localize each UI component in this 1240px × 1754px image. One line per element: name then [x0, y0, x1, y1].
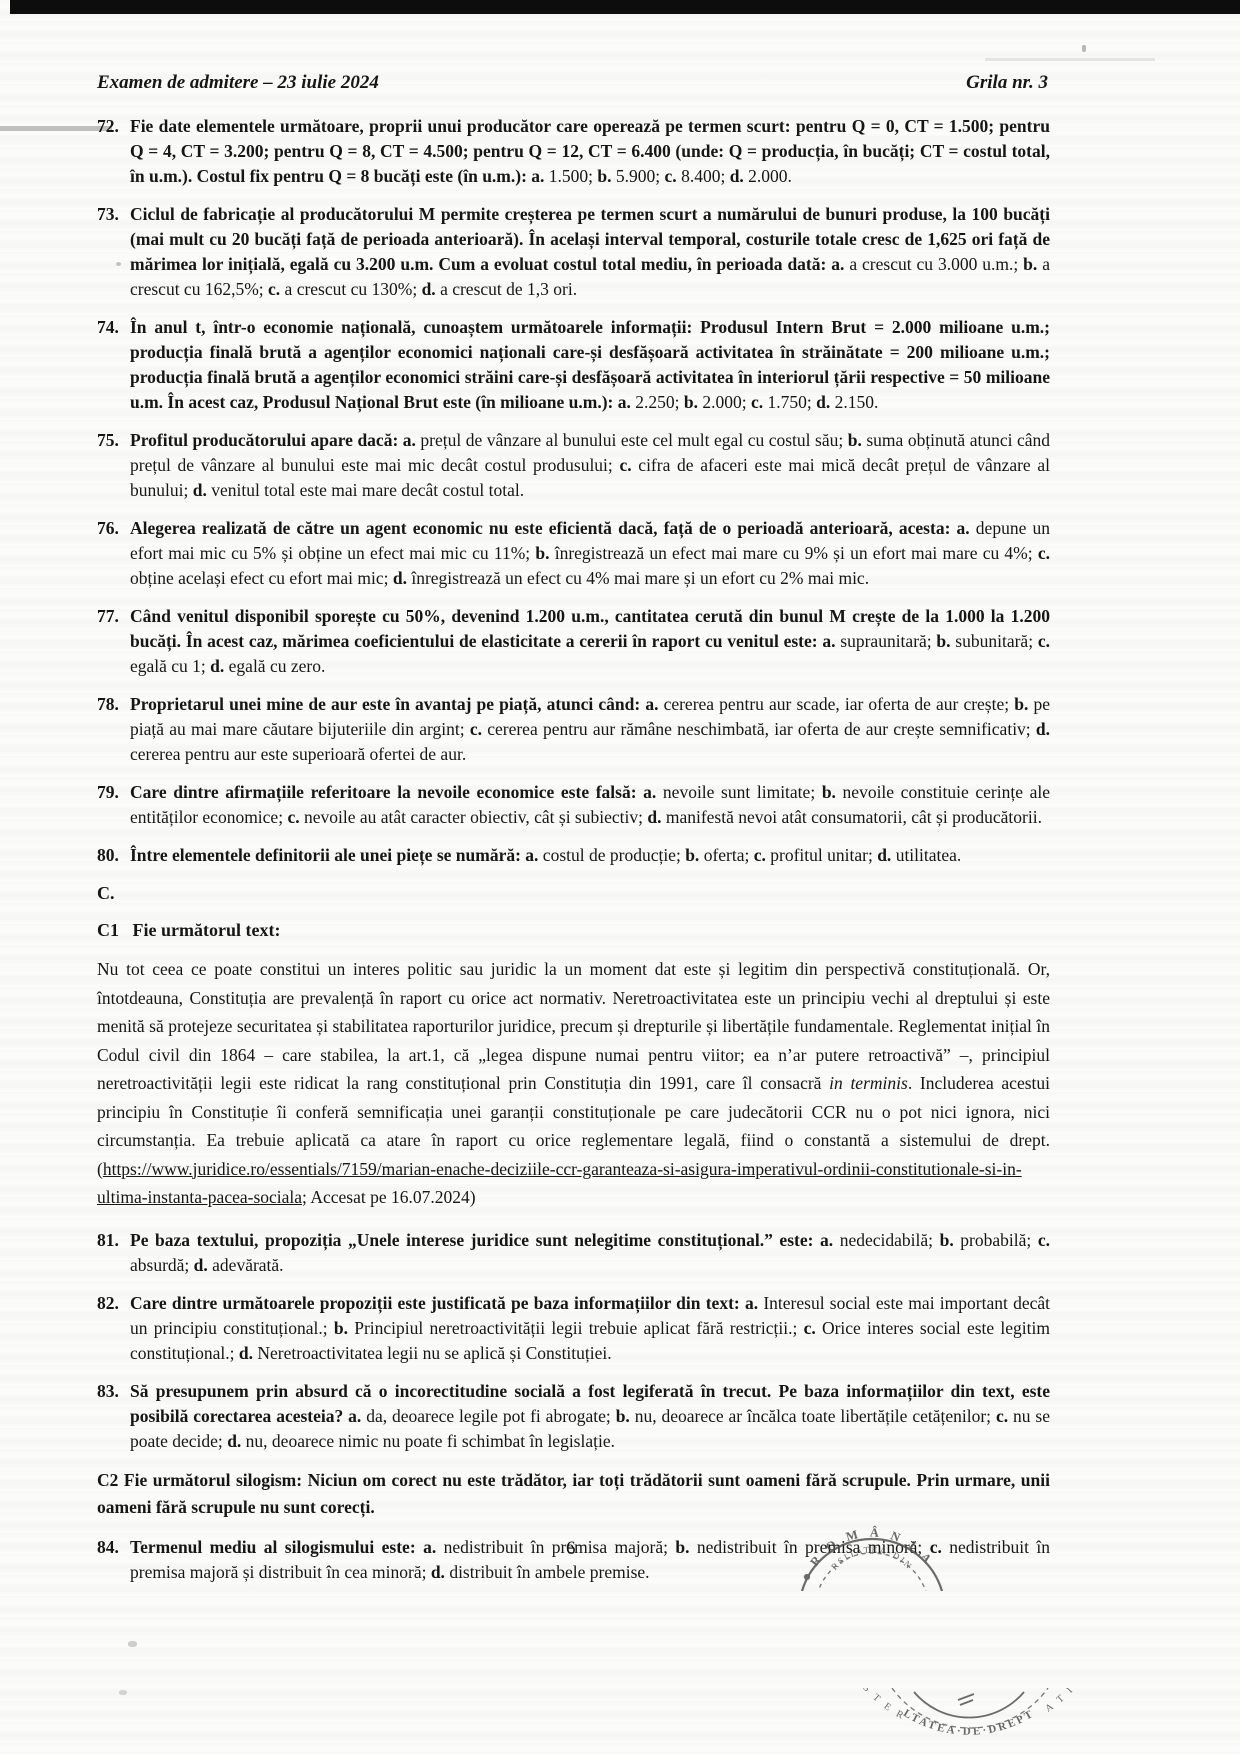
- text-segment: c.: [751, 392, 763, 412]
- text-segment: a.: [423, 1537, 436, 1557]
- text-segment: nevoile sunt limitate;: [656, 782, 822, 802]
- text-segment: Principiul neretroactivității legii treb…: [348, 1318, 804, 1338]
- text-segment: ; Accesat pe 16.07.2024): [302, 1187, 476, 1207]
- text-segment: Care dintre următoarele propoziții este …: [130, 1293, 745, 1313]
- question-text: Care dintre afirmațiile referitoare la n…: [130, 780, 1050, 830]
- url-text: https://www.juridice.ro/essentials/7159/…: [97, 1159, 1022, 1208]
- text-segment: probabilă;: [954, 1230, 1038, 1250]
- text-segment: venitul total este mai mare decât costul…: [207, 480, 524, 500]
- text-segment: 5.900;: [612, 166, 665, 186]
- text-segment: distribuit în ambele premise.: [445, 1562, 650, 1582]
- text-segment: b.: [616, 1406, 630, 1426]
- text-segment: a.: [822, 631, 835, 651]
- text-segment: 2.150.: [830, 392, 878, 412]
- stamp-fragment-left: S T E R: [860, 1688, 907, 1723]
- text-segment: 2.250;: [631, 392, 684, 412]
- scan-artifact-top-bar: [10, 0, 1240, 14]
- text-segment: b.: [334, 1318, 348, 1338]
- text-segment: d.: [227, 1431, 241, 1451]
- text-segment: prețul de vânzare al bunului este cel mu…: [416, 430, 848, 450]
- text-segment: d.: [431, 1562, 445, 1582]
- question-number: 82.: [97, 1291, 130, 1366]
- question-text: Profitul producătorului apare dacă: a. p…: [130, 428, 1050, 503]
- text-segment: b.: [940, 1230, 954, 1250]
- stamp-center-mark: [958, 1694, 974, 1705]
- text-segment: d.: [193, 480, 207, 500]
- text-segment: absurdă;: [130, 1255, 194, 1275]
- stamp-faculty-text: LTATEA·DE·DREPT: [901, 1707, 1037, 1738]
- question-text: Între elementele definitorii ale unei pi…: [130, 843, 1050, 868]
- stamp-institution-text: RSITATEA·DIN: [829, 1545, 915, 1572]
- text-segment: Termenul mediu al silogismului este:: [130, 1537, 423, 1557]
- grid-number: Grila nr. 3: [966, 72, 1048, 94]
- text-segment: manifestă nevoi atât consumatorii, cât ș…: [661, 807, 1042, 827]
- text-segment: c.: [665, 166, 677, 186]
- text-segment: Profitul producătorului apare dacă:: [130, 430, 403, 450]
- text-segment: a.: [745, 1293, 758, 1313]
- text-segment: a.: [831, 254, 844, 274]
- scan-artifact-streak: [985, 58, 1155, 61]
- question-item: 78.Proprietarul unei mine de aur este în…: [97, 692, 1050, 767]
- text-segment: obține același efect cu efort mai mic;: [130, 568, 393, 588]
- text-segment: 8.400;: [677, 166, 730, 186]
- text-segment: a.: [403, 430, 416, 450]
- text-segment: a.: [348, 1406, 361, 1426]
- question-item: 80.Între elementele definitorii ale unei…: [97, 843, 1050, 868]
- text-segment: egală cu 1;: [130, 656, 210, 676]
- document-header: Examen de admitere – 23 iulie 2024 Grila…: [97, 72, 1048, 94]
- text-segment: c.: [268, 279, 280, 299]
- svg-text:S T E R: S T E R: [860, 1688, 907, 1723]
- text-segment: a.: [820, 1230, 833, 1250]
- question-item: 74.În anul t, într-o economie națională,…: [97, 315, 1050, 415]
- question-text: În anul t, într-o economie națională, cu…: [130, 315, 1050, 415]
- question-text: Care dintre următoarele propoziții este …: [130, 1291, 1050, 1366]
- text-segment: b.: [936, 631, 950, 651]
- text-segment: nedecidabilă;: [833, 1230, 939, 1250]
- stamp-fragment-right: A T I E: [1043, 1688, 1086, 1715]
- text-segment: b.: [848, 430, 862, 450]
- question-item: 79.Care dintre afirmațiile referitoare l…: [97, 780, 1050, 830]
- text-segment: În anul t, într-o economie națională, cu…: [130, 317, 1050, 412]
- text-segment: nu, deoarece ar încălca toate libertățil…: [630, 1406, 996, 1426]
- stamp-dashed-ring: [817, 1553, 927, 1591]
- text-segment: b.: [597, 166, 611, 186]
- scan-artifact-speck: [1082, 45, 1086, 52]
- question-item: 76.Alegerea realizată de către un agent …: [97, 516, 1050, 591]
- text-segment: a crescut cu 3.000 u.m.;: [844, 254, 1023, 274]
- question-item: 77.Când venitul disponibil sporește cu 5…: [97, 604, 1050, 679]
- questions-container: 72.Fie date elementele următoare, propri…: [97, 114, 1050, 1598]
- text-segment: d.: [1036, 719, 1050, 739]
- question-number: 83.: [97, 1379, 130, 1454]
- text-segment: a.: [531, 166, 544, 186]
- text-segment: costul de producție;: [538, 845, 685, 865]
- text-segment: 2.000;: [698, 392, 751, 412]
- text-segment: b.: [822, 782, 836, 802]
- question-item: 81.Pe baza textului, propoziția „Unele i…: [97, 1228, 1050, 1278]
- scan-artifact-speck: [128, 1641, 137, 1647]
- text-segment: oferta;: [699, 845, 753, 865]
- question-number: 77.: [97, 604, 130, 679]
- text-segment: c.: [1038, 631, 1050, 651]
- text-segment: a crescut de 1,3 ori.: [436, 279, 577, 299]
- text-segment: a.: [525, 845, 538, 865]
- question-text: Când venitul disponibil sporește cu 50%,…: [130, 604, 1050, 679]
- faculty-round-stamp-bottom-arc: LTATEA·DE·DREPT S T E R A T I E: [852, 1688, 1086, 1754]
- text-segment: înregistrează un efect mai mare cu 9% și…: [550, 543, 1038, 563]
- text-segment: c.: [619, 455, 631, 475]
- text-segment: d.: [194, 1255, 208, 1275]
- text-segment: c.: [1038, 1230, 1050, 1250]
- text-block-heading: C1 Fie următorul text:: [97, 918, 1050, 943]
- text-segment: utilitatea.: [891, 845, 961, 865]
- text-segment: Pe baza textului, propoziția „Unele inte…: [130, 1230, 820, 1250]
- question-item: 83.Să presupunem prin absurd că o incore…: [97, 1379, 1050, 1454]
- svg-text:RSITATEA·DIN: RSITATEA·DIN: [829, 1545, 915, 1572]
- scan-artifact-streak: [0, 126, 112, 131]
- text-segment: b.: [1014, 694, 1028, 714]
- text-segment: cererea pentru aur scade, iar oferta de …: [658, 694, 1014, 714]
- question-item: 82.Care dintre următoarele propoziții es…: [97, 1291, 1050, 1366]
- text-segment: a.: [643, 782, 656, 802]
- question-text: Ciclul de fabricație al producătorului M…: [130, 202, 1050, 302]
- text-segment: b.: [685, 845, 699, 865]
- text-segment: nevoile au atât caracter obiectiv, cât ș…: [300, 807, 648, 827]
- text-segment: d.: [647, 807, 661, 827]
- question-text: Să presupunem prin absurd că o incorecti…: [130, 1379, 1050, 1454]
- text-segment: b.: [675, 1537, 689, 1557]
- question-number: 73.: [97, 202, 130, 302]
- text-block-heading: C.: [97, 881, 1050, 906]
- text-segment: nu, deoarece nimic nu poate fi schimbat …: [241, 1431, 615, 1451]
- text-segment: b.: [684, 392, 698, 412]
- svg-text:LTATEA·DE·DREPT: LTATEA·DE·DREPT: [901, 1707, 1037, 1738]
- university-round-stamp-top-arc: R O M Â N I A RSITATEA·DIN: [797, 1521, 947, 1591]
- text-segment: Neretroactivitatea legii nu se aplică și…: [253, 1343, 612, 1363]
- question-text: Alegerea realizată de către un agent eco…: [130, 516, 1050, 591]
- question-item: 75.Profitul producătorului apare dacă: a…: [97, 428, 1050, 503]
- svg-text:A T I E: A T I E: [1043, 1688, 1086, 1715]
- text-segment: c.: [287, 807, 299, 827]
- question-text: Fie date elementele următoare, proprii u…: [130, 114, 1050, 189]
- text-segment: b.: [535, 543, 549, 563]
- text-segment: d.: [816, 392, 830, 412]
- text-segment: d.: [730, 166, 744, 186]
- text-segment: nedistribuit în premisa majoră;: [436, 1537, 675, 1557]
- question-number: 78.: [97, 692, 130, 767]
- question-number: 79.: [97, 780, 130, 830]
- text-segment: 2.000.: [744, 166, 792, 186]
- text-block-paragraph: Nu tot ceea ce poate constitui un intere…: [97, 955, 1050, 1212]
- text-segment: 1.750;: [763, 392, 816, 412]
- text-segment: cererea pentru aur rămâne neschimbată, i…: [482, 719, 1036, 739]
- text-segment: a.: [618, 392, 631, 412]
- text-segment: Proprietarul unei mine de aur este în av…: [130, 694, 645, 714]
- text-segment: c.: [804, 1318, 816, 1338]
- question-item: 73.Ciclul de fabricație al producătorulu…: [97, 202, 1050, 302]
- question-number: 75.: [97, 428, 130, 503]
- text-segment: c.: [996, 1406, 1008, 1426]
- text-segment: Între elementele definitorii ale unei pi…: [130, 845, 525, 865]
- text-segment: d.: [210, 656, 224, 676]
- text-segment: c.: [754, 845, 766, 865]
- text-segment: da, deoarece legile pot fi abrogate;: [361, 1406, 615, 1426]
- scan-artifact-speck: [119, 1690, 127, 1695]
- page-number: 6: [566, 1538, 576, 1560]
- text-segment: c.: [470, 719, 482, 739]
- question-number: 74.: [97, 315, 130, 415]
- text-segment: d.: [239, 1343, 253, 1363]
- text-segment: supraunitară;: [836, 631, 937, 651]
- text-segment: profitul unitar;: [766, 845, 877, 865]
- text-segment: cererea pentru aur este superioară ofert…: [130, 744, 466, 764]
- text-segment: 1.500;: [544, 166, 597, 186]
- question-number: 72.: [97, 114, 130, 189]
- question-number: 81.: [97, 1228, 130, 1278]
- question-text: Pe baza textului, propoziția „Unele inte…: [130, 1228, 1050, 1278]
- text-segment: înregistrează un efect cu 4% mai mare și…: [407, 568, 869, 588]
- stamp-dot: [804, 1574, 810, 1580]
- text-segment: C2 Fie următorul silogism: Niciun om cor…: [97, 1470, 1050, 1517]
- question-item: 72.Fie date elementele următoare, propri…: [97, 114, 1050, 189]
- question-text: Proprietarul unei mine de aur este în av…: [130, 692, 1050, 767]
- question-number: 80.: [97, 843, 130, 868]
- text-segment: Care dintre afirmațiile referitoare la n…: [130, 782, 643, 802]
- text-segment: d.: [877, 845, 891, 865]
- text-segment: b.: [1023, 254, 1037, 274]
- text-block-paragraph-bold: C2 Fie următorul silogism: Niciun om cor…: [97, 1467, 1050, 1521]
- scanned-exam-page: Examen de admitere – 23 iulie 2024 Grila…: [0, 0, 1240, 1754]
- text-segment: a.: [957, 518, 970, 538]
- text-segment: a.: [645, 694, 658, 714]
- text-segment: d.: [393, 568, 407, 588]
- text-segment: subunitară;: [951, 631, 1038, 651]
- question-number: 76.: [97, 516, 130, 591]
- question-number: 84.: [97, 1535, 130, 1585]
- text-segment: c.: [1038, 543, 1050, 563]
- text-segment: in terminis: [829, 1073, 908, 1093]
- text-segment: adevărată.: [208, 1255, 284, 1275]
- exam-title: Examen de admitere – 23 iulie 2024: [97, 72, 379, 94]
- text-segment: d.: [422, 279, 436, 299]
- text-segment: a crescut cu 130%;: [280, 279, 421, 299]
- text-segment: egală cu zero.: [224, 656, 325, 676]
- text-segment: Alegerea realizată de către un agent eco…: [130, 518, 957, 538]
